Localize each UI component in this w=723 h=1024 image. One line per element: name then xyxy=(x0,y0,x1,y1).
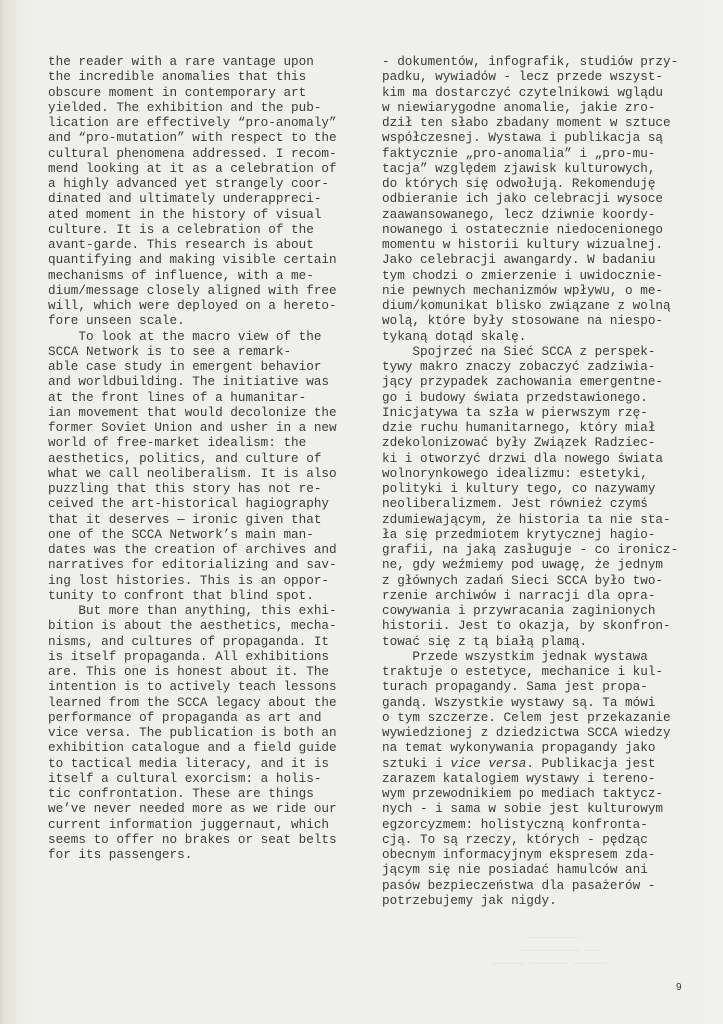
text-line: gandą. Wszystkie wystawy są. Ta mówi xyxy=(382,695,678,710)
bleed-through-text: ─────────── ─── xyxy=(520,946,601,956)
text-line: bition is about the aesthetics, mecha- xyxy=(48,618,337,633)
text-line: lication are effectively “pro-anomaly” xyxy=(48,115,337,130)
text-line: Spojrzeć na Sieć SCCA z perspek- xyxy=(382,344,678,359)
text-line: faktycznie „pro-anomalia” i „pro-mu- xyxy=(382,146,678,161)
text-line: współczesnej. Wystawa i publikacja są xyxy=(382,130,678,145)
text-line: tować się z tą białą plamą. xyxy=(382,634,678,649)
text-line: traktuje o estetyce, mechanice i kul- xyxy=(382,664,678,679)
text-line: zdekolonizować były Związek Radziec- xyxy=(382,435,678,450)
text-line: and worldbuilding. The initiative was xyxy=(48,374,337,389)
text-line: But more than anything, this exhi- xyxy=(48,603,337,618)
text-line: dinated and ultimately underappreci- xyxy=(48,191,337,206)
english-text-column: the reader with a rare vantage uponthe i… xyxy=(48,54,337,862)
text-line: and “pro-mutation” with respect to the xyxy=(48,130,337,145)
text-line: mechanisms of influence, with a me- xyxy=(48,268,337,283)
text-line: To look at the macro view of the xyxy=(48,329,337,344)
text-line: tykaną dotąd skalę. xyxy=(382,329,678,344)
text-line: tunity to confront that blind spot. xyxy=(48,588,337,603)
text-line: to tactical media literacy, and it is xyxy=(48,756,337,771)
text-line: go i budowy świata przedstawionego. xyxy=(382,390,678,405)
text-line: that it deserves — ironic given that xyxy=(48,512,337,527)
text-line: neoliberalizmem. Jest również czymś xyxy=(382,496,678,511)
text-line: seems to offer no brakes or seat belts xyxy=(48,832,337,847)
text-line: tic confrontation. These are things xyxy=(48,786,337,801)
text-line: vice versa. The publication is both an xyxy=(48,725,337,740)
text-line: - dokumentów, infografik, studiów przy- xyxy=(382,54,678,69)
text-line: ian movement that would decolonize the xyxy=(48,405,337,420)
text-line: zarazem katalogiem wystawy i tereno- xyxy=(382,771,678,786)
text-line: na temat wykonywania propagandy jako xyxy=(382,740,678,755)
text-line: nych - i sama w sobie jest kulturowym xyxy=(382,801,678,816)
polish-text-column: - dokumentów, infografik, studiów przy-p… xyxy=(382,54,678,908)
text-line: momentu w historii kultury wizualnej. xyxy=(382,237,678,252)
text-line: nowanego i ostatecznie niedocenionego xyxy=(382,222,678,237)
text-line: dium/message closely aligned with free xyxy=(48,283,337,298)
text-line: the reader with a rare vantage upon xyxy=(48,54,337,69)
text-line: SCCA Network is to see a remark- xyxy=(48,344,337,359)
text-line: a highly advanced yet strangely coor- xyxy=(48,176,337,191)
text-line: mend looking at it as a celebration of xyxy=(48,161,337,176)
text-line: will, which were deployed on a hereto- xyxy=(48,298,337,313)
text-line: tacja” względem zjawisk kulturowych, xyxy=(382,161,678,176)
text-line: historii. Jest to okazja, by skonfron- xyxy=(382,618,678,633)
text-line: cją. To są rzeczy, których - pędząc xyxy=(382,832,678,847)
text-line: itself a cultural exorcism: a holis- xyxy=(48,771,337,786)
text-line: zdumiewającym, że historia ta nie sta- xyxy=(382,512,678,527)
text-line: intention is to actively teach lessons xyxy=(48,679,337,694)
text-line: yielded. The exhibition and the pub- xyxy=(48,100,337,115)
text-line: ne, gdy weźmiemy pod uwagę, że jednym xyxy=(382,557,678,572)
text-line: potrzebujemy jak nigdy. xyxy=(382,893,678,908)
text-line: for its passengers. xyxy=(48,847,337,862)
text-line: obscure moment in contemporary art xyxy=(48,85,337,100)
text-line: ated moment in the history of visual xyxy=(48,207,337,222)
text-line: we’ve never needed more as we ride our xyxy=(48,801,337,816)
text-line: one of the SCCA Network’s main man- xyxy=(48,527,337,542)
text-line: padku, wywiadów - lecz przede wszyst- xyxy=(382,69,678,84)
text-line: the incredible anomalies that this xyxy=(48,69,337,84)
text-line: wym przewodnikiem po mediach taktycz- xyxy=(382,786,678,801)
text-line: jący przypadek zachowania emergentne- xyxy=(382,374,678,389)
text-line: exhibition catalogue and a field guide xyxy=(48,740,337,755)
text-line: Przede wszystkim jednak wystawa xyxy=(382,649,678,664)
text-line: jącym się nie posiadać hamulców ani xyxy=(382,862,678,877)
text-line: culture. It is a celebration of the xyxy=(48,222,337,237)
text-line: wywiedzionej z dziedzictwa SCCA wiedzy xyxy=(382,725,678,740)
text-line: aesthetics, politics, and culture of xyxy=(48,451,337,466)
text-line: tywy makro znaczy zobaczyć zadziwia- xyxy=(382,359,678,374)
text-line: avant-garde. This research is about xyxy=(48,237,337,252)
text-line: grafii, na jaką zasługuje - co ironicz- xyxy=(382,542,678,557)
text-line: ki i otworzyć drzwi dla nowego świata xyxy=(382,451,678,466)
text-line: Jako celebracji awangardy. W badaniu xyxy=(382,252,678,267)
text-line: performance of propaganda as art and xyxy=(48,710,337,725)
text-line: obecnym informacyjnym ekspresem zda- xyxy=(382,847,678,862)
text-line: puzzling that this story has not re- xyxy=(48,481,337,496)
text-line: ing lost histories. This is an oppor- xyxy=(48,573,337,588)
text-line: w niewiarygodne anomalie, jakie zro- xyxy=(382,100,678,115)
text-line: o tym szczerze. Celem jest przekazanie xyxy=(382,710,678,725)
scanned-page: the reader with a rare vantage uponthe i… xyxy=(0,0,723,1024)
text-line: do których się odwołują. Rekomenduję xyxy=(382,176,678,191)
text-line: world of free-market idealism: the xyxy=(48,435,337,450)
text-line: wolą, które były stosowane na niespo- xyxy=(382,313,678,328)
text-line: what we call neoliberalism. It is also xyxy=(48,466,337,481)
text-line: nie pewnych mechanizmów wpływu, o me- xyxy=(382,283,678,298)
text-line: is itself propaganda. All exhibitions xyxy=(48,649,337,664)
text-line: dates was the creation of archives and xyxy=(48,542,337,557)
text-line: nisms, and cultures of propaganda. It xyxy=(48,634,337,649)
text-line: dzie ruchu humanitarnego, który miał xyxy=(382,420,678,435)
text-line: odbieranie ich jako celebracji wysoce xyxy=(382,191,678,206)
text-line: turach propagandy. Sama jest propa- xyxy=(382,679,678,694)
text-line: pasów bezpieczeństwa dla pasażerów - xyxy=(382,878,678,893)
text-line: zaawansowanego, lecz dziwnie koordy- xyxy=(382,207,678,222)
text-line: z głównych zadań Sieci SCCA było two- xyxy=(382,573,678,588)
text-line: narratives for editorializing and sav- xyxy=(48,557,337,572)
text-line: dium/komunikat blisko związane z wolną xyxy=(382,298,678,313)
page-number: 9 xyxy=(676,982,682,993)
text-line: wolnorynkowego idealizmu: estetyki, xyxy=(382,466,678,481)
text-line: tym chodzi o zmierzenie i uwidocznie- xyxy=(382,268,678,283)
text-line: kim ma dostarczyć czytelnikowi wglądu xyxy=(382,85,678,100)
text-line: egzorcyzmem: holistyczną konfronta- xyxy=(382,817,678,832)
bleed-through-text: ────── ─────── ────── xyxy=(492,959,605,969)
text-line: cowywania i przywracania zaginionych xyxy=(382,603,678,618)
text-line: Inicjatywa ta szła w pierwszym rzę- xyxy=(382,405,678,420)
text-line: former Soviet Union and usher in a new xyxy=(48,420,337,435)
text-line: rzenie archiwów i narracji dla opra- xyxy=(382,588,678,603)
text-line: ceived the art-historical hagiography xyxy=(48,496,337,511)
text-line: learned from the SCCA legacy about the xyxy=(48,695,337,710)
text-line: sztuki i vice versa. Publikacja jest xyxy=(382,756,678,771)
text-line: current information juggernaut, which xyxy=(48,817,337,832)
text-line: cultural phenomena addressed. I recom- xyxy=(48,146,337,161)
text-line: at the front lines of a humanitar- xyxy=(48,390,337,405)
bleed-through-text: ────────── xyxy=(528,933,582,943)
text-line: are. This one is honest about it. The xyxy=(48,664,337,679)
text-line: fore unseen scale. xyxy=(48,313,337,328)
text-line: quantifying and making visible certain xyxy=(48,252,337,267)
text-line: able case study in emergent behavior xyxy=(48,359,337,374)
text-line: ła się przedmiotem krytycznej hagio- xyxy=(382,527,678,542)
text-line: polityki i kultury tego, co nazywamy xyxy=(382,481,678,496)
text-line: dził ten słabo zbadany moment w sztuce xyxy=(382,115,678,130)
